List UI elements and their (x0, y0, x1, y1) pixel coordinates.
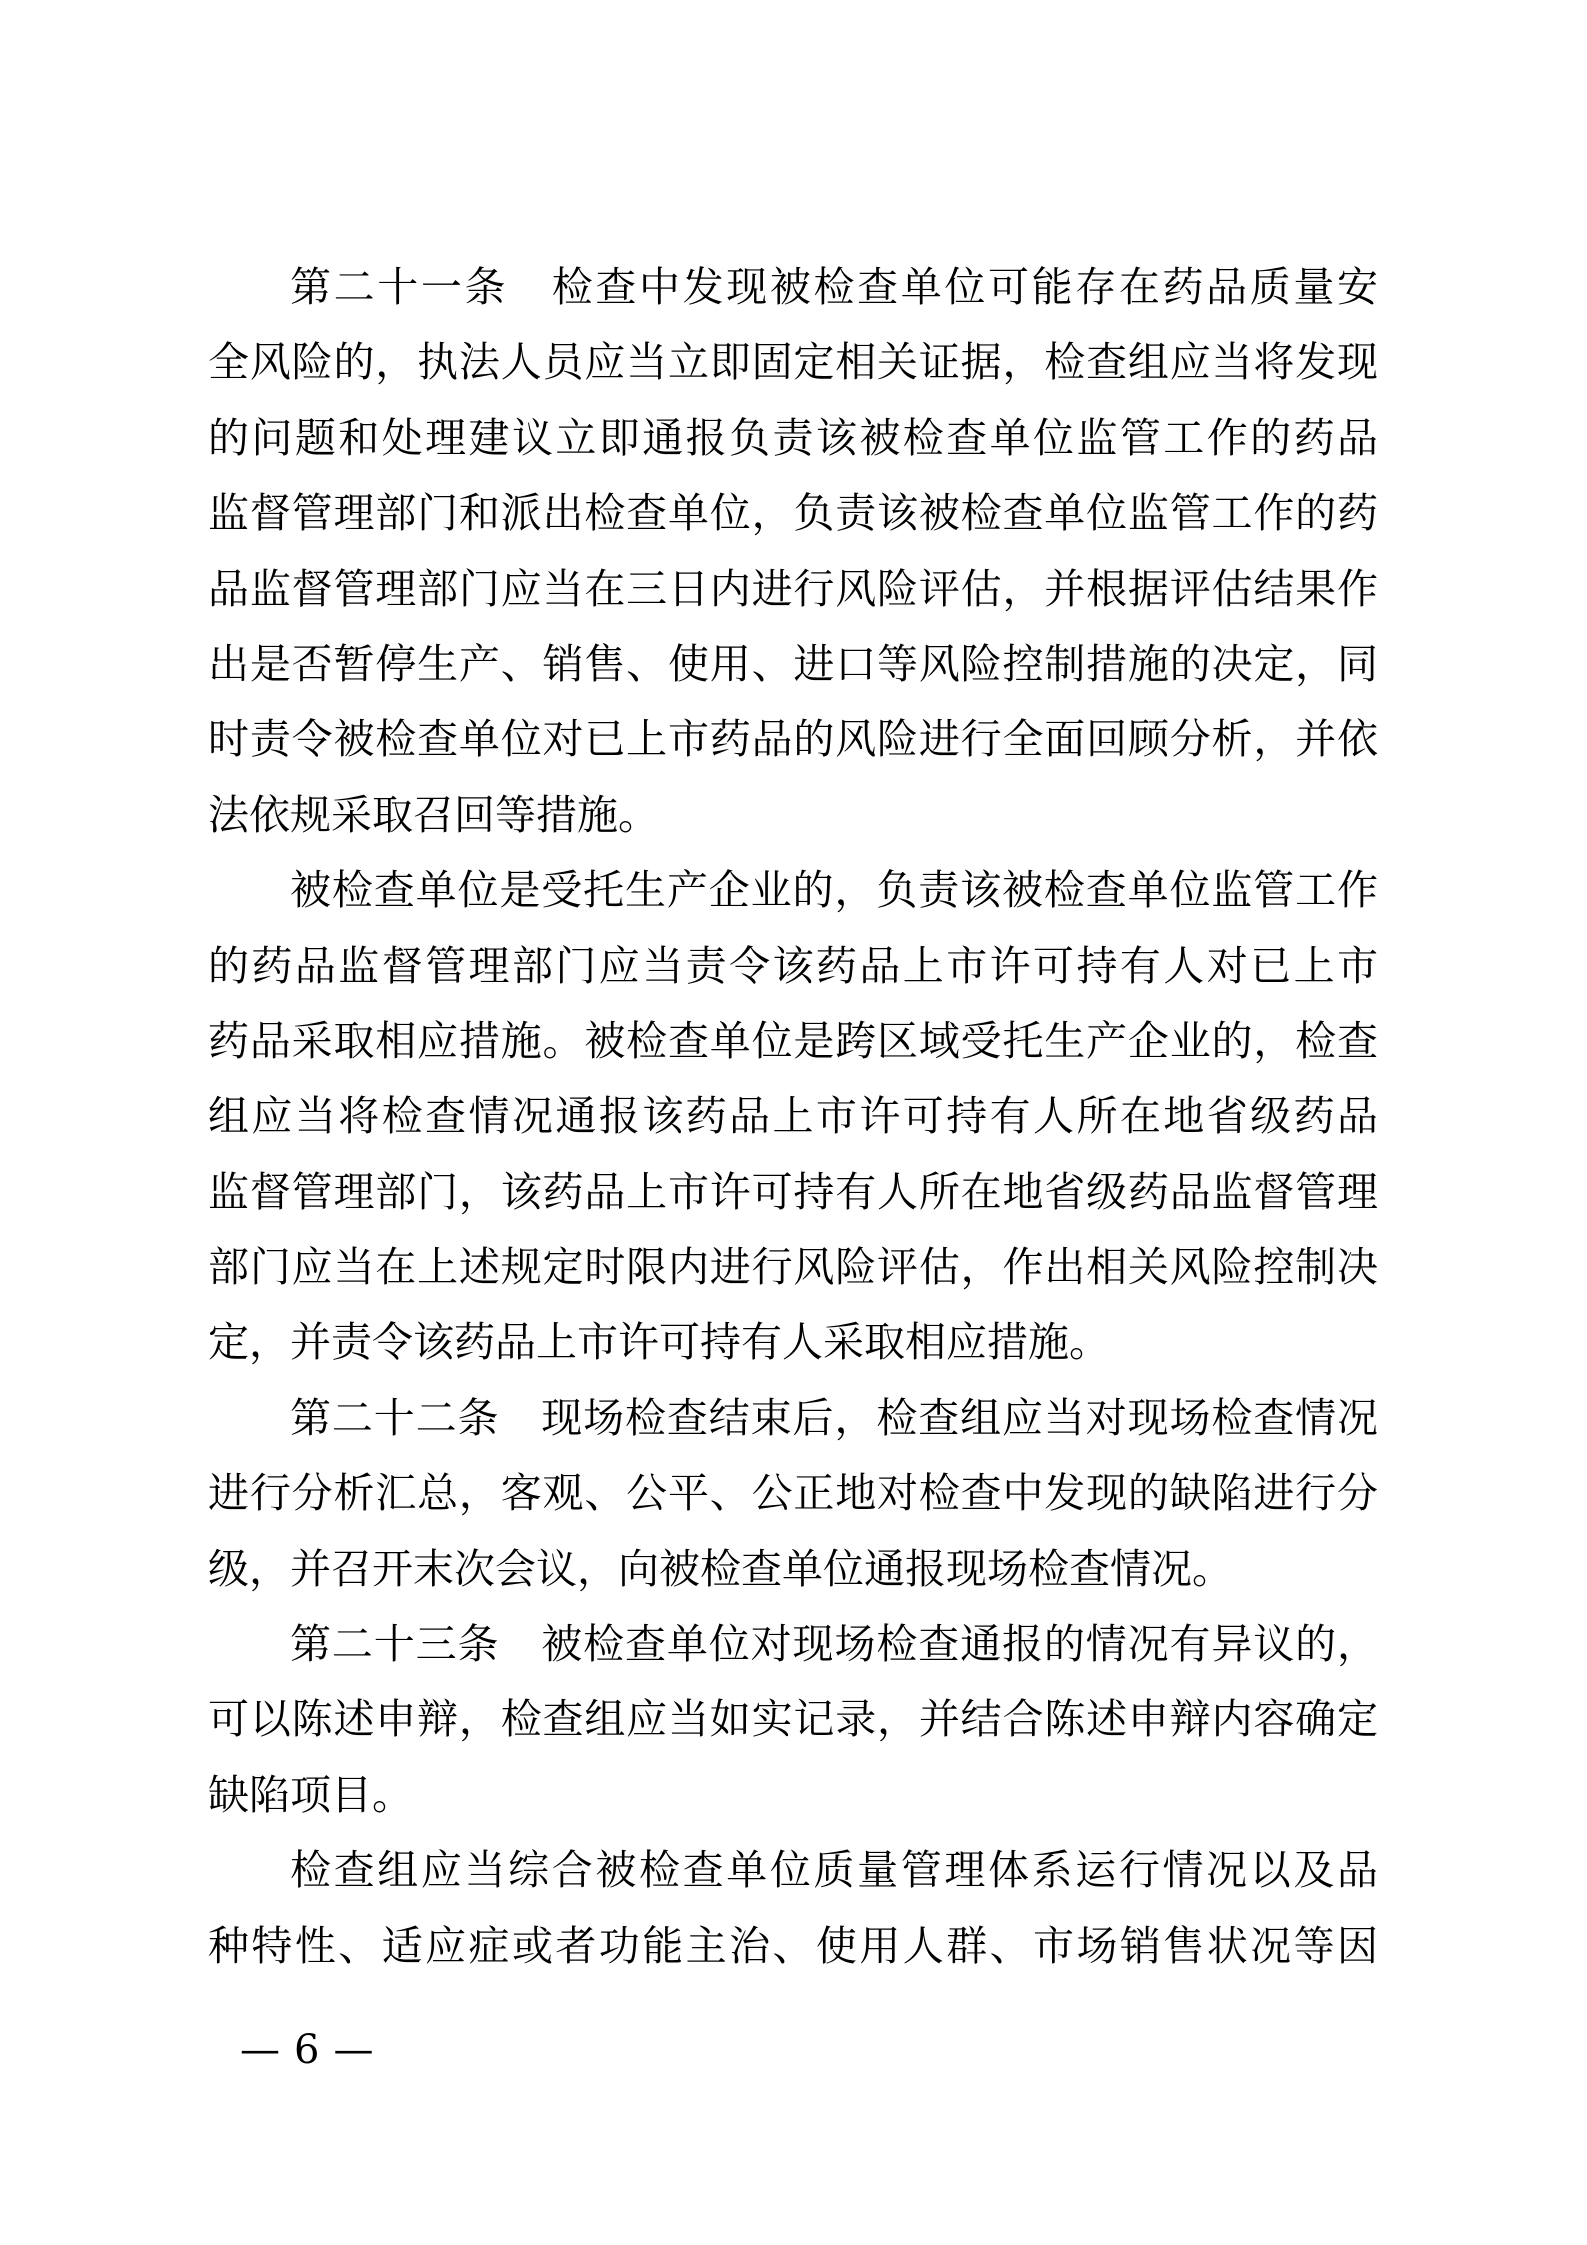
article-23: 第二十三条 被检查单位对现场检查通报的情况有异议的，可以陈述申辩，检查组应当如实… (208, 1607, 1378, 1833)
text-line: 的问题和处理建议立即通报负责该被检查单位监管工作的药品 (208, 401, 1378, 476)
text-line: 进行分析汇总，客观、公平、公正地对检查中发现的缺陷进行分 (208, 1456, 1378, 1531)
text-line: 出是否暂停生产、销售、使用、进口等风险控制措施的决定，同 (208, 627, 1378, 702)
text-line: 第二十三条 被检查单位对现场检查通报的情况有异议的， (208, 1607, 1378, 1682)
page-footer: — 6 — (240, 2026, 373, 2074)
article-21-paragraph-2: 被检查单位是受托生产企业的，负责该被检查单位监管工作的药品监督管理部门应当责令该… (208, 853, 1378, 1381)
text-line: 组应当将检查情况通报该药品上市许可持有人所在地省级药品 (208, 1079, 1378, 1154)
text-line: 检查组应当综合被检查单位质量管理体系运行情况以及品 (208, 1833, 1378, 1908)
text-line: 种特性、适应症或者功能主治、使用人群、市场销售状况等因素， (208, 1909, 1378, 1984)
text-line: 监督管理部门和派出检查单位，负责该被检查单位监管工作的药 (208, 476, 1378, 551)
text-line: 全风险的，执法人员应当立即固定相关证据，检查组应当将发现 (208, 325, 1378, 400)
text-line: 药品采取相应措施。被检查单位是跨区域受托生产企业的，检查 (208, 1004, 1378, 1079)
article-22: 第二十二条 现场检查结束后，检查组应当对现场检查情况进行分析汇总，客观、公平、公… (208, 1381, 1378, 1607)
text-line: 可以陈述申辩，检查组应当如实记录，并结合陈述申辩内容确定 (208, 1682, 1378, 1757)
footer-dash-left: — (240, 2026, 280, 2074)
text-line: 被检查单位是受托生产企业的，负责该被检查单位监管工作 (208, 853, 1378, 928)
document-page: 第二十一条 检查中发现被检查单位可能存在药品质量安全风险的，执法人员应当立即固定… (0, 0, 1587, 2245)
text-line: 部门应当在上述规定时限内进行风险评估，作出相关风险控制决 (208, 1230, 1378, 1305)
text-line: 缺陷项目。 (208, 1758, 1378, 1833)
article-21: 第二十一条 检查中发现被检查单位可能存在药品质量安全风险的，执法人员应当立即固定… (208, 250, 1378, 853)
text-line: 第二十一条 检查中发现被检查单位可能存在药品质量安 (208, 250, 1378, 325)
text-line: 第二十二条 现场检查结束后，检查组应当对现场检查情况 (208, 1381, 1378, 1456)
text-line: 级，并召开末次会议，向被检查单位通报现场检查情况。 (208, 1532, 1378, 1607)
document-body: 第二十一条 检查中发现被检查单位可能存在药品质量安全风险的，执法人员应当立即固定… (208, 250, 1378, 1984)
page-number: 6 (294, 2026, 319, 2074)
text-line: 监督管理部门，该药品上市许可持有人所在地省级药品监督管理 (208, 1155, 1378, 1230)
text-line: 法依规采取召回等措施。 (208, 778, 1378, 853)
article-23-paragraph-2: 检查组应当综合被检查单位质量管理体系运行情况以及品种特性、适应症或者功能主治、使… (208, 1833, 1378, 1984)
text-line: 的药品监督管理部门应当责令该药品上市许可持有人对已上市 (208, 929, 1378, 1004)
text-line: 品监督管理部门应当在三日内进行风险评估，并根据评估结果作 (208, 552, 1378, 627)
text-line: 时责令被检查单位对已上市药品的风险进行全面回顾分析，并依 (208, 702, 1378, 777)
text-line: 定，并责令该药品上市许可持有人采取相应措施。 (208, 1305, 1378, 1380)
footer-dash-right: — (333, 2026, 373, 2074)
